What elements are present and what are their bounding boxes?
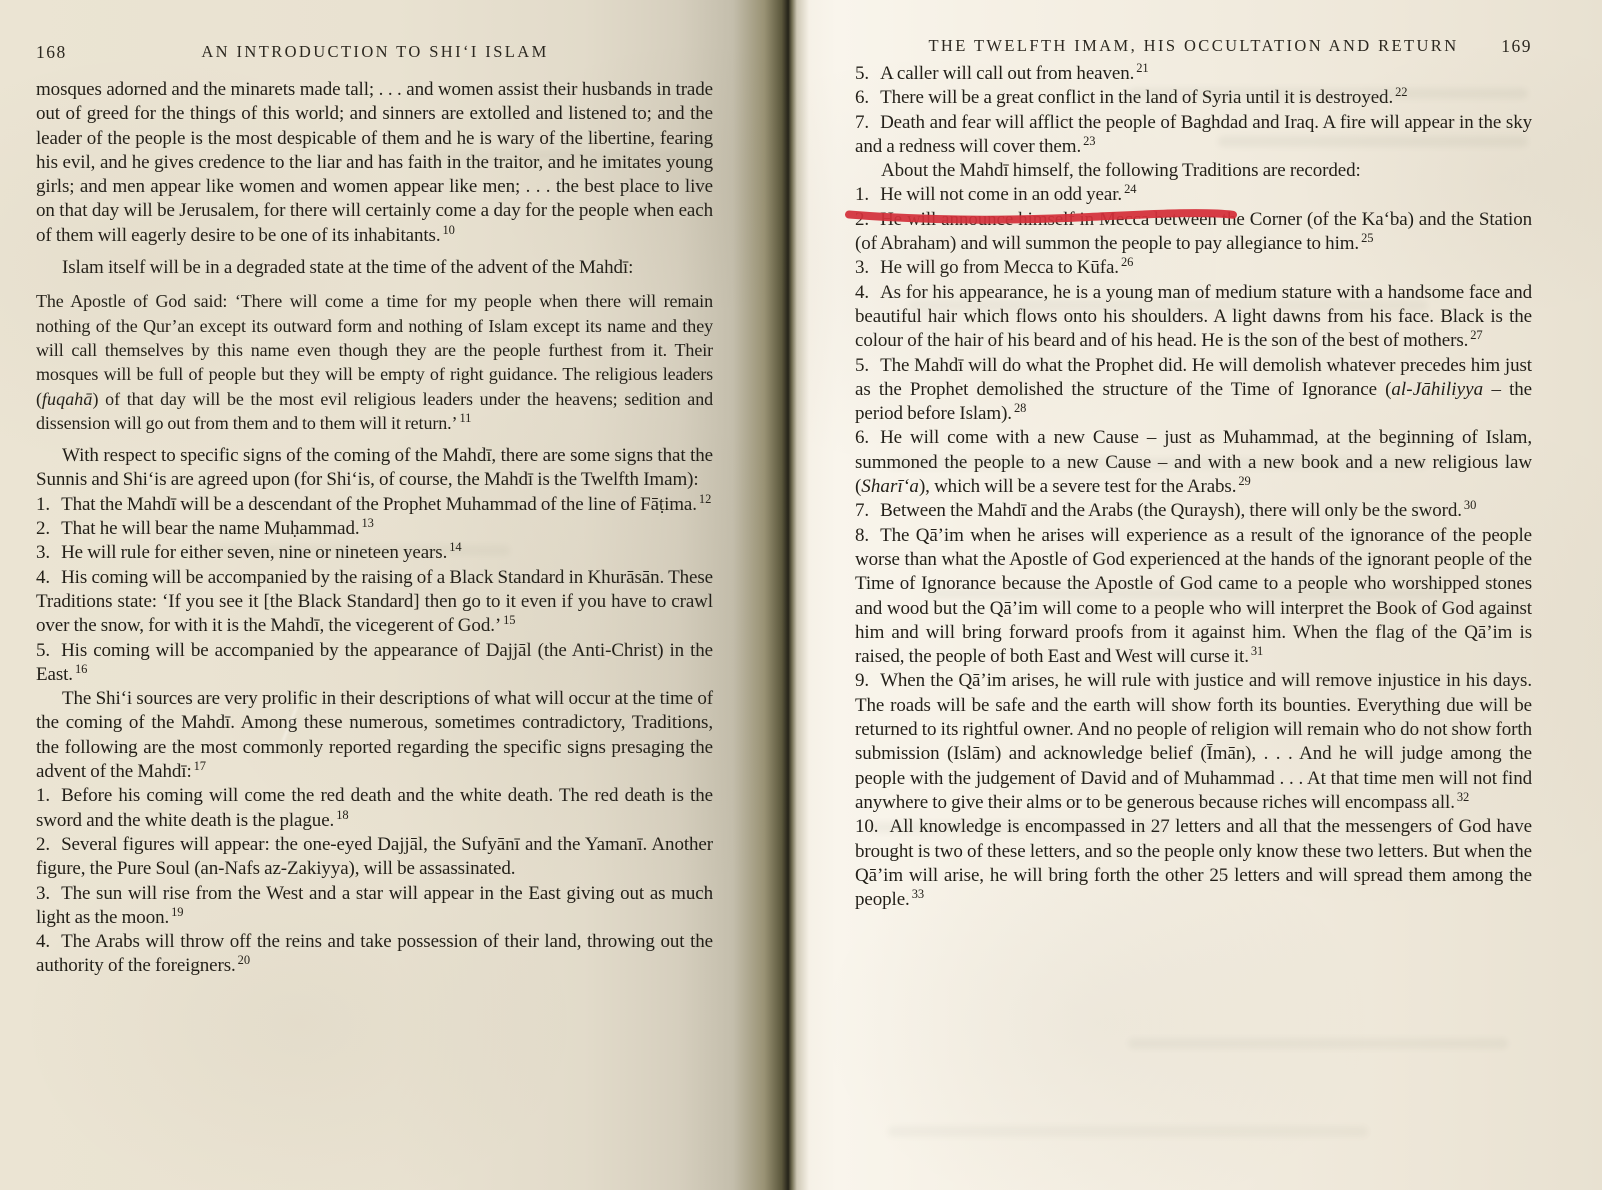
footnote-reference: 31 bbox=[1251, 644, 1263, 658]
list-number: 5. bbox=[855, 355, 869, 376]
list-item: 4.His coming will be accompanied by the … bbox=[36, 566, 713, 639]
list-number: 6. bbox=[855, 87, 869, 108]
footnote-reference: 21 bbox=[1136, 61, 1148, 75]
list-item: 2.He will announce himself in Mecca betw… bbox=[855, 208, 1532, 257]
footnote-reference: 28 bbox=[1014, 401, 1026, 415]
list-number: 3. bbox=[36, 542, 50, 563]
list-item: 5.A caller will call out from heaven.21 bbox=[855, 62, 1532, 86]
list-item: 1.Before his coming will come the red de… bbox=[36, 784, 713, 833]
list-number: 7. bbox=[855, 112, 869, 133]
show-through-smudge bbox=[1128, 1038, 1508, 1049]
footnote-reference: 29 bbox=[1238, 474, 1250, 488]
list-number: 10. bbox=[855, 816, 878, 837]
footnote-reference: 32 bbox=[1457, 790, 1469, 804]
footnote-reference: 26 bbox=[1121, 255, 1133, 269]
paragraph: The Shi‘i sources are very prolific in t… bbox=[36, 687, 713, 784]
list-item: 4.As for his appearance, he is a young m… bbox=[855, 281, 1532, 354]
list-item: 3.He will go from Mecca to Kūfa.26 bbox=[855, 256, 1532, 280]
list-number: 1. bbox=[855, 184, 869, 205]
list-item: 1.He will not come in an odd year.24 bbox=[855, 183, 1532, 207]
paragraph: With respect to specific signs of the co… bbox=[36, 444, 713, 493]
list-number: 4. bbox=[36, 931, 50, 952]
footnote-reference: 30 bbox=[1464, 498, 1476, 512]
list-item: 3.The sun will rise from the West and a … bbox=[36, 882, 713, 931]
footnote-reference: 16 bbox=[75, 662, 87, 676]
list-item: 9.When the Qā’im arises, he will rule wi… bbox=[855, 669, 1532, 815]
footnote-reference: 17 bbox=[194, 759, 206, 773]
running-title-right: THE TWELFTH IMAM, HIS OCCULTATION AND RE… bbox=[855, 36, 1532, 56]
footnote-reference: 19 bbox=[171, 905, 183, 919]
list-number: 1. bbox=[36, 785, 50, 806]
page-right-169: THE TWELFTH IMAM, HIS OCCULTATION AND RE… bbox=[788, 0, 1602, 1190]
list-number: 9. bbox=[855, 670, 869, 691]
footnote-reference: 27 bbox=[1470, 328, 1482, 342]
footnote-reference: 20 bbox=[238, 953, 250, 967]
list-item: 10.All knowledge is encompassed in 27 le… bbox=[855, 815, 1532, 912]
list-item: 3.He will rule for either seven, nine or… bbox=[36, 541, 713, 565]
footnote-reference: 10 bbox=[443, 223, 455, 237]
list-number: 1. bbox=[36, 494, 50, 515]
show-through-smudge bbox=[888, 1126, 1368, 1137]
footnote-reference: 13 bbox=[362, 516, 374, 530]
footnote-reference: 12 bbox=[699, 492, 711, 506]
paragraph: mosques adorned and the minarets made ta… bbox=[36, 78, 713, 248]
footnote-reference: 25 bbox=[1361, 231, 1373, 245]
right-text-column: 5.A caller will call out from heaven.216… bbox=[855, 62, 1532, 912]
block-quote: The Apostle of God said: ‘There will com… bbox=[36, 289, 713, 435]
list-item: 2.That he will bear the name Muḥammad.13 bbox=[36, 517, 713, 541]
list-number: 6. bbox=[855, 427, 869, 448]
paragraph: About the Mahdī himself, the following T… bbox=[855, 159, 1532, 183]
list-number: 5. bbox=[36, 640, 50, 661]
list-number: 2. bbox=[36, 518, 50, 539]
footnote-reference: 22 bbox=[1395, 85, 1407, 99]
footnote-reference: 33 bbox=[912, 887, 924, 901]
list-item: 6.There will be a great conflict in the … bbox=[855, 86, 1532, 110]
list-item: 5.His coming will be accompanied by the … bbox=[36, 639, 713, 688]
list-number: 3. bbox=[855, 257, 869, 278]
list-item: 4.The Arabs will throw off the reins and… bbox=[36, 930, 713, 979]
list-item: 1.That the Mahdī will be a descendant of… bbox=[36, 493, 713, 517]
list-item: 8.The Qā’im when he arises will experien… bbox=[855, 524, 1532, 670]
footnote-reference: 14 bbox=[449, 540, 461, 554]
page-left-168: 168 AN INTRODUCTION TO SHI‘I ISLAM mosqu… bbox=[0, 0, 788, 1190]
list-item: 2.Several figures will appear: the one-e… bbox=[36, 833, 713, 882]
footnote-reference: 23 bbox=[1083, 134, 1095, 148]
list-number: 4. bbox=[36, 567, 50, 588]
running-title-left: AN INTRODUCTION TO SHI‘I ISLAM bbox=[36, 42, 714, 62]
left-text-column: mosques adorned and the minarets made ta… bbox=[36, 78, 713, 979]
list-item: 7.Death and fear will afflict the people… bbox=[855, 111, 1532, 160]
list-item: 6.He will come with a new Cause – just a… bbox=[855, 426, 1532, 499]
list-number: 2. bbox=[855, 209, 869, 230]
paragraph: Islam itself will be in a degraded state… bbox=[36, 256, 713, 280]
footnote-reference: 24 bbox=[1124, 182, 1136, 196]
list-number: 5. bbox=[855, 63, 869, 84]
page-number-right: 169 bbox=[1501, 36, 1532, 57]
list-item: 5.The Mahdī will do what the Prophet did… bbox=[855, 354, 1532, 427]
list-number: 4. bbox=[855, 282, 869, 303]
list-number: 3. bbox=[36, 883, 50, 904]
book-spread: 168 AN INTRODUCTION TO SHI‘I ISLAM mosqu… bbox=[0, 0, 1602, 1190]
list-number: 2. bbox=[36, 834, 50, 855]
list-number: 7. bbox=[855, 500, 869, 521]
list-number: 8. bbox=[855, 525, 869, 546]
list-item: 7.Between the Mahdī and the Arabs (the Q… bbox=[855, 499, 1532, 523]
footnote-reference: 11 bbox=[459, 411, 471, 425]
footnote-reference: 15 bbox=[503, 613, 515, 627]
footnote-reference: 18 bbox=[336, 808, 348, 822]
